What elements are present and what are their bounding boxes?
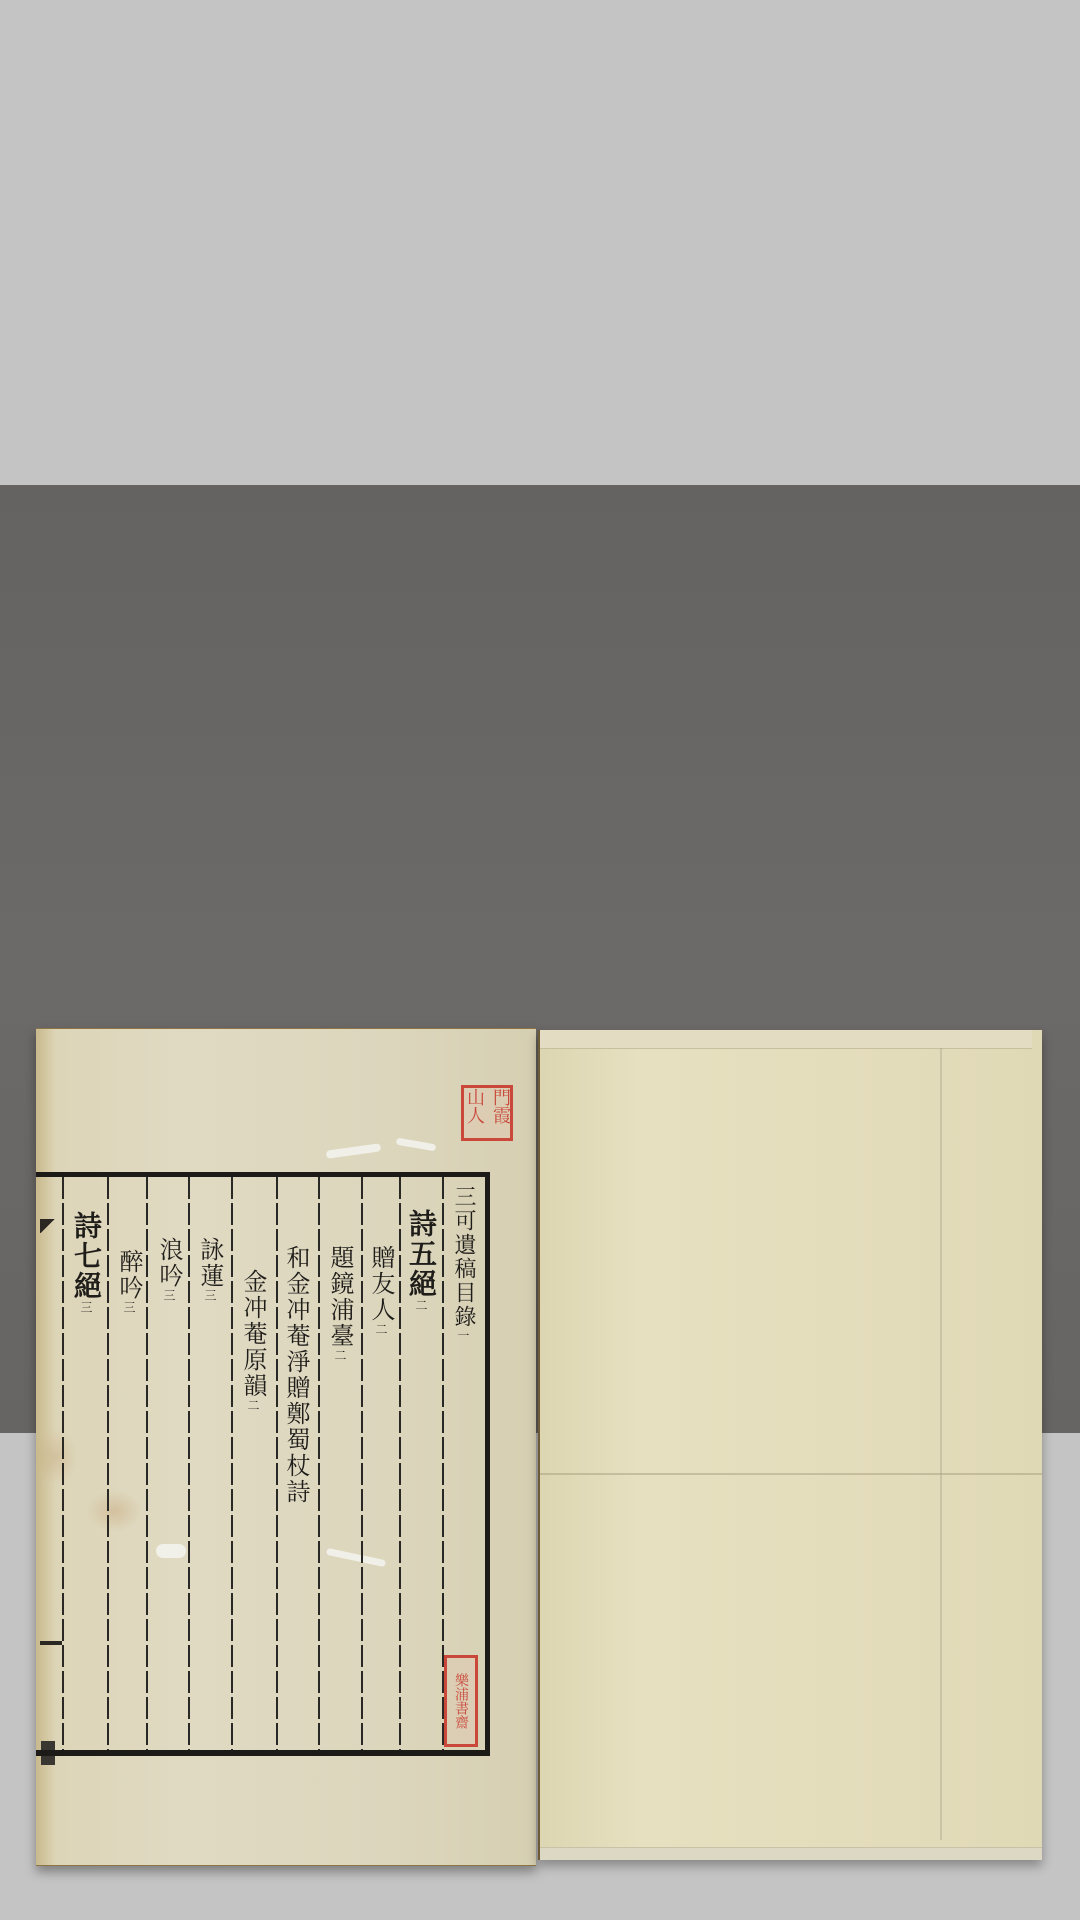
printed-frame: 三可遺稿目錄一 詩五絕二 贈友人二 題鏡浦臺二 和金冲菴淨贈鄭蜀杖詩 金冲菴原韻… [36, 1172, 490, 1756]
page-number: 三 [122, 1301, 136, 1315]
left-page: 門霞山人 三可遺稿目錄一 詩五絕二 贈友人二 [36, 1028, 536, 1866]
top-seal: 門霞山人 [461, 1085, 513, 1141]
toc-entry-text: 贈友人 [367, 1245, 395, 1323]
column-divider [318, 1177, 320, 1750]
page-number: 三 [79, 1301, 93, 1315]
toc-section-text: 詩五絕 [405, 1209, 438, 1299]
toc-title: 三可遺稿目錄一 [448, 1185, 479, 1343]
column-divider [62, 1177, 64, 1750]
page-number: 三 [162, 1289, 176, 1303]
page-number: 一 [456, 1329, 470, 1343]
toc-entry: 和金冲菴淨贈鄭蜀杖詩 [279, 1245, 314, 1505]
toc-entry: 贈友人二 [364, 1245, 399, 1337]
photo-backdrop: 門霞山人 三可遺稿目錄一 詩五絕二 贈友人二 [0, 485, 1080, 1433]
toc-entry: 浪吟三 [152, 1237, 187, 1303]
paper-damage [396, 1138, 437, 1152]
toc-entry-text: 醉吟 [115, 1249, 143, 1301]
toc-entry-text: 浪吟 [155, 1237, 183, 1289]
vertical-fold [940, 1048, 942, 1840]
toc-entry-text: 金冲菴原韻 [239, 1269, 267, 1399]
toc-section-text: 詩七絕 [70, 1211, 103, 1301]
bottom-edge [540, 1847, 1042, 1860]
page-number: 二 [246, 1399, 260, 1413]
toc-entry-text: 題鏡浦臺 [326, 1245, 354, 1349]
toc-entry: 詠蓮三 [193, 1237, 228, 1303]
toc-entry-text: 詠蓮 [196, 1237, 224, 1289]
column-divider [107, 1177, 109, 1750]
right-page [538, 1030, 1042, 1860]
column-divider [276, 1177, 278, 1750]
toc-entry-text: 和金冲菴淨贈鄭蜀杖詩 [282, 1245, 310, 1505]
column-divider [361, 1177, 363, 1750]
page-number: 二 [333, 1349, 347, 1363]
horizontal-fold [540, 1473, 1042, 1475]
toc-entry: 醉吟三 [112, 1249, 147, 1315]
toc-entry: 金冲菴原韻二 [236, 1269, 271, 1413]
page-number: 二 [414, 1299, 428, 1313]
column-divider [231, 1177, 233, 1750]
page-number: 二 [374, 1323, 388, 1337]
page-number: 三 [203, 1289, 217, 1303]
toc-title-text: 三可遺稿目錄 [451, 1185, 476, 1329]
paper-damage [326, 1143, 382, 1159]
folded-flap [540, 1030, 1032, 1049]
toc-entry: 題鏡浦臺二 [323, 1245, 358, 1363]
column-divider [188, 1177, 190, 1750]
toc-section: 詩五絕二 [401, 1209, 441, 1313]
bottom-seal: 樂浦書齋 [444, 1655, 478, 1747]
toc-section: 詩七絕三 [66, 1211, 106, 1315]
